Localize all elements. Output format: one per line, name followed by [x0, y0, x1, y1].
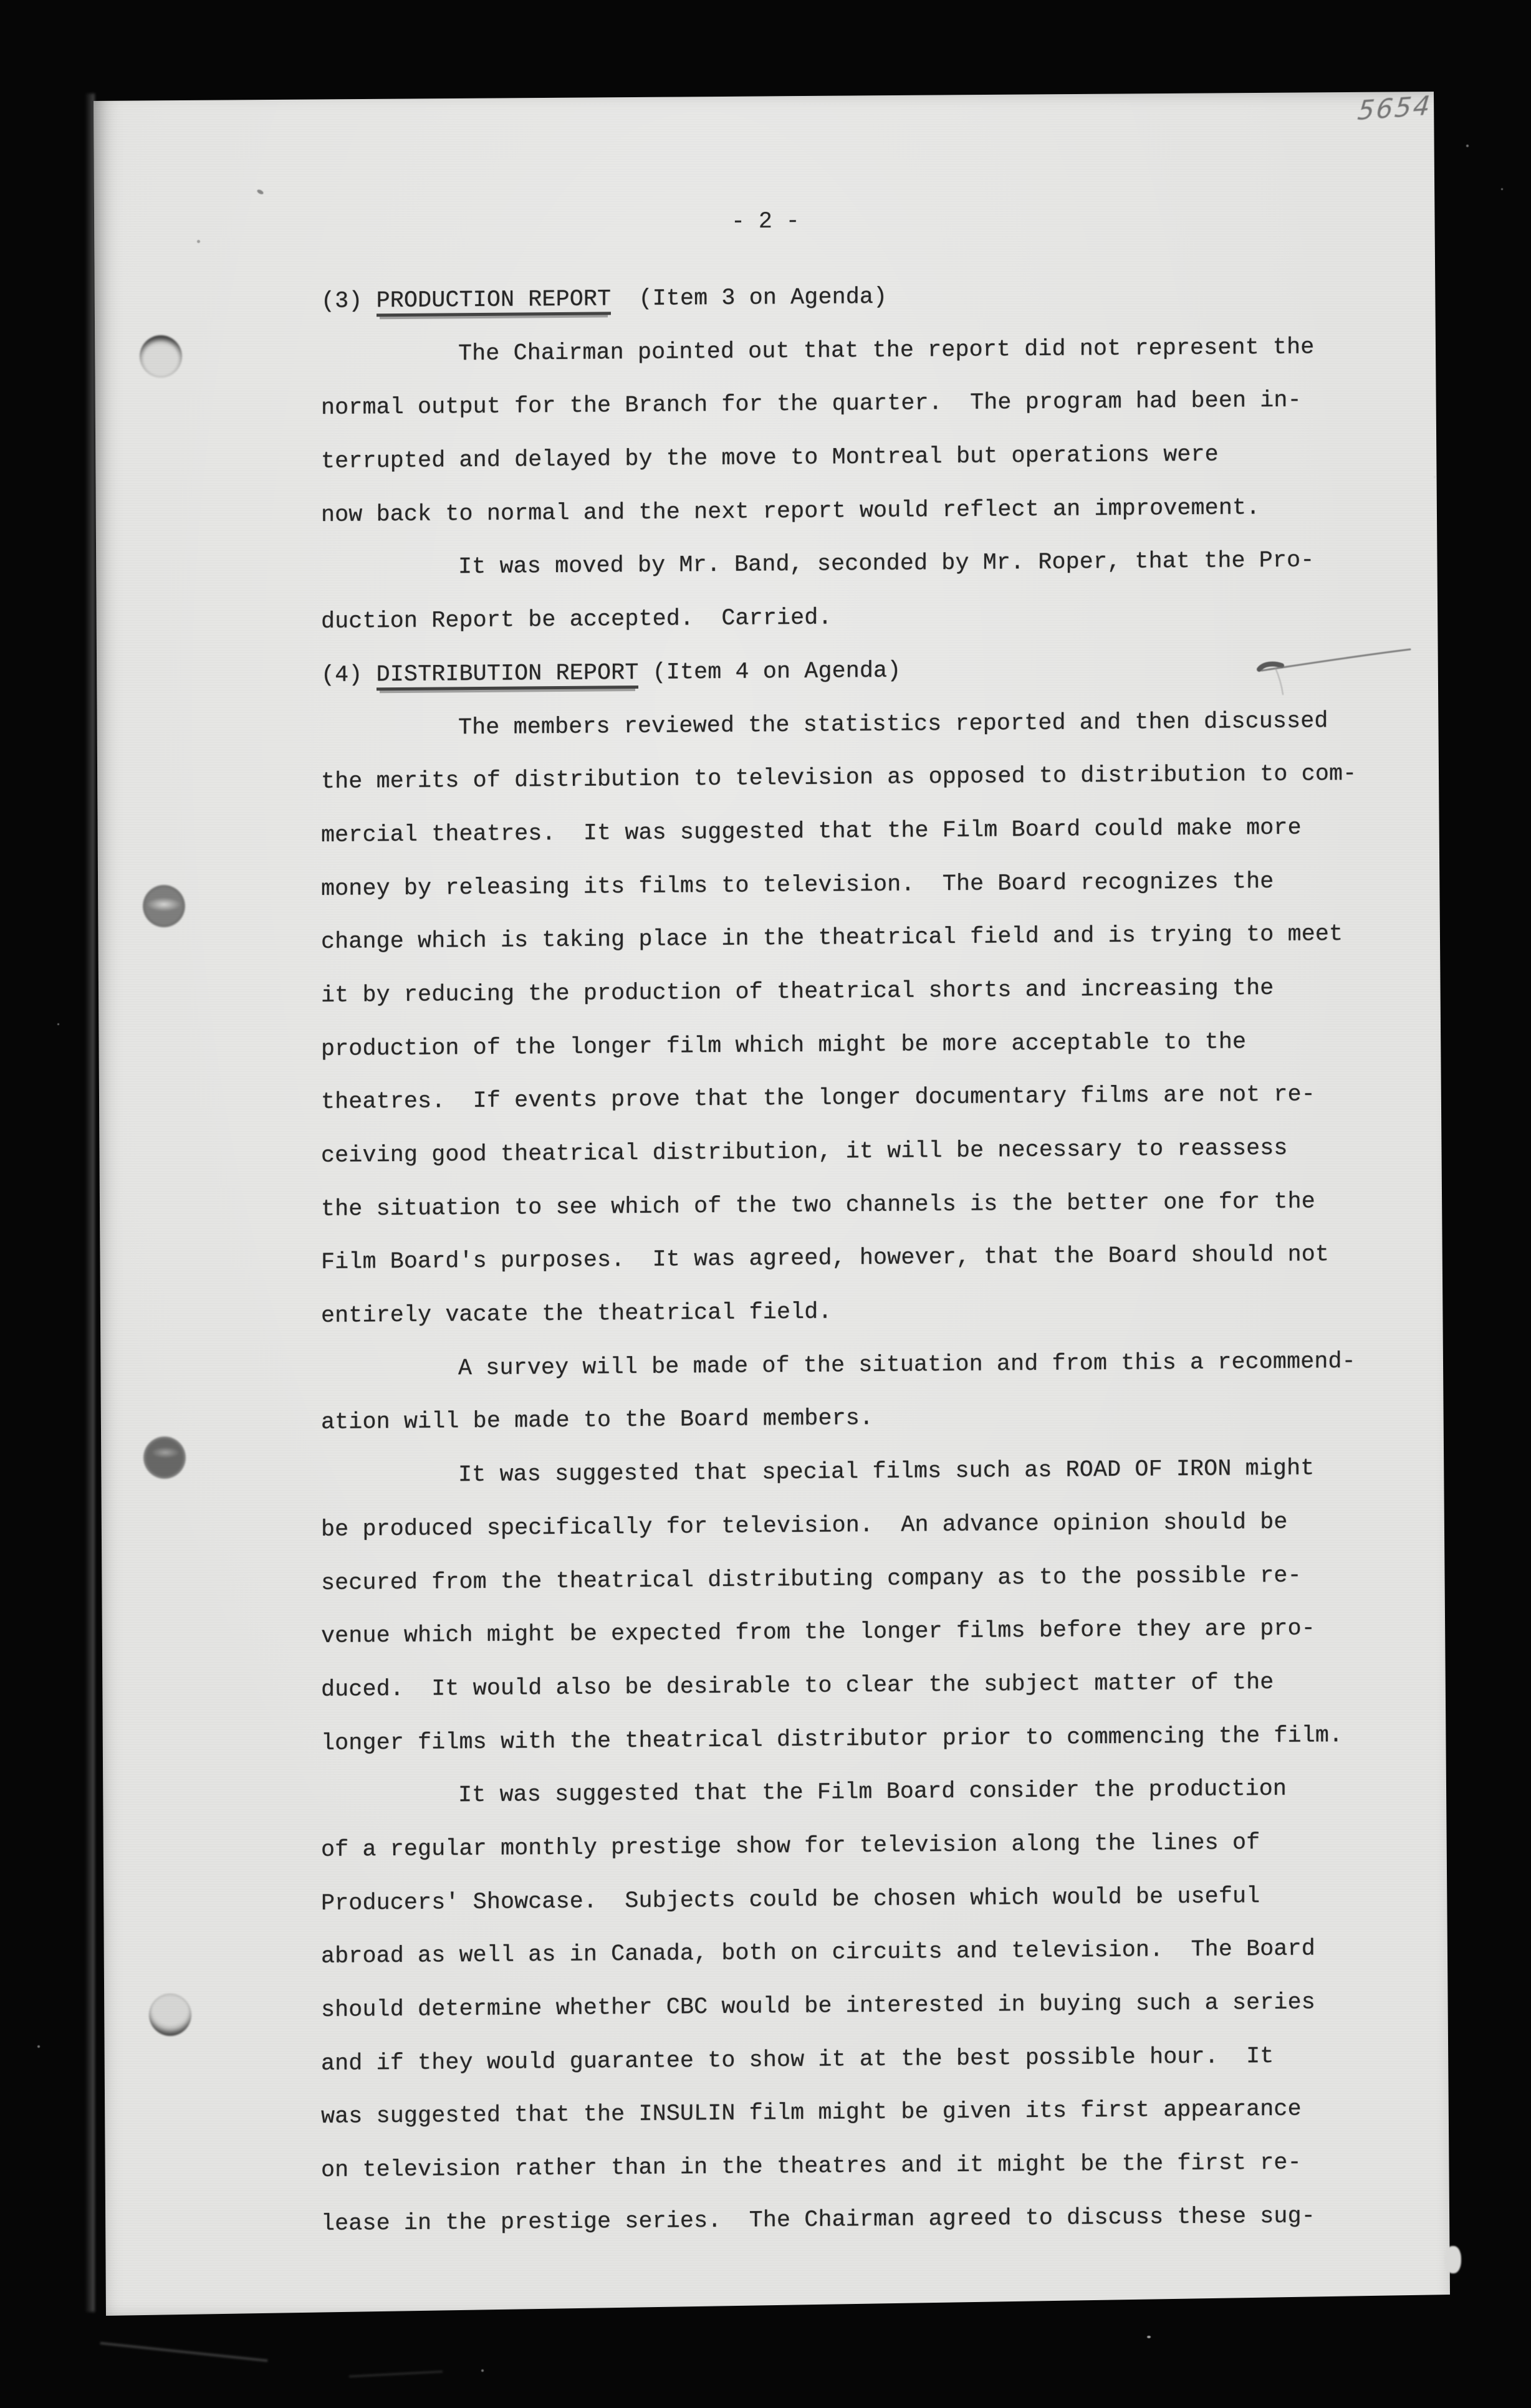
scan-scratch — [349, 2371, 443, 2377]
text-line: longer films with the theatrical distrib… — [321, 1709, 1356, 1770]
scan-dust — [1147, 2336, 1151, 2338]
text-line: ation will be made to the Board members. — [321, 1388, 1356, 1450]
text-line: lease in the prestige series. The Chairm… — [321, 2189, 1356, 2251]
text-line: and if they would guarantee to show it a… — [321, 2029, 1356, 2091]
text-line: abroad as well as in Canada, both on cir… — [321, 1922, 1356, 1984]
text-line: It was moved by Mr. Band, seconded by Mr… — [321, 533, 1356, 595]
section-heading: (4) DISTRIBUTION REPORT (Item 4 on Agend… — [321, 641, 1356, 702]
text-line: normal output for the Branch for the qua… — [321, 373, 1356, 435]
paper-speck — [256, 189, 264, 195]
paper-sheet: 5654 - 2 - (3) PRODUCTION REPORT (Item 3… — [94, 92, 1450, 2316]
handwritten-page-id: 5654 — [1356, 93, 1433, 125]
scan-scratch — [1445, 2246, 1461, 2273]
text-line: The members reviewed the statistics repo… — [321, 694, 1356, 755]
scan-scratch — [100, 2342, 268, 2362]
text-line: A survey will be made of the situation a… — [321, 1335, 1356, 1397]
text-line: change which is taking place in the thea… — [321, 907, 1356, 969]
punch-hole-icon — [143, 1436, 186, 1479]
text-line: The Chairman pointed out that the report… — [321, 320, 1356, 382]
typed-text: (3) PRODUCTION REPORT (Item 3 on Agenda)… — [321, 267, 1356, 2250]
text-line: theatres. If events prove that the longe… — [321, 1068, 1356, 1129]
text-line: be produced specifically for television.… — [321, 1495, 1356, 1557]
text-line: money by releasing its films to televisi… — [321, 854, 1356, 916]
page-number: - 2 - — [731, 209, 800, 235]
text-line: secured from the theatrical distributing… — [321, 1548, 1356, 1610]
punch-hole-icon — [149, 1994, 191, 2036]
pen-flourish-annotation — [1253, 642, 1421, 723]
scanned-document-page: 5654 - 2 - (3) PRODUCTION REPORT (Item 3… — [0, 0, 1531, 2408]
text-line: mercial theatres. It was suggested that … — [321, 801, 1356, 862]
punch-hole-icon — [140, 335, 182, 378]
punch-hole-icon — [143, 885, 185, 927]
text-line: ceiving good theatrical distribution, it… — [321, 1121, 1356, 1183]
text-line: should determine whether CBC would be in… — [321, 1976, 1356, 2037]
paper-left-edge-glow — [85, 93, 95, 2312]
scan-dust — [37, 2045, 40, 2048]
scan-dust — [481, 2369, 484, 2372]
text-line: the merits of distribution to television… — [321, 747, 1356, 809]
text-line: was suggested that the INSULIN film migh… — [321, 2082, 1356, 2144]
text-line: duction Report be accepted. Carried. — [321, 587, 1356, 649]
scan-dust — [1434, 476, 1436, 478]
section-heading: (3) PRODUCTION REPORT (Item 3 on Agenda) — [321, 267, 1356, 328]
text-line: production of the longer film which migh… — [321, 1015, 1356, 1076]
text-line: now back to normal and the next report w… — [321, 480, 1356, 542]
scan-dust — [1466, 145, 1469, 147]
text-line: of a regular monthly prestige show for t… — [321, 1815, 1356, 1877]
text-line: the situation to see which of the two ch… — [321, 1175, 1356, 1236]
scan-dust — [57, 1023, 59, 1025]
text-line: Producers' Showcase. Subjects could be c… — [321, 1869, 1356, 1931]
paper-speck — [197, 240, 200, 243]
text-line: it by reducing the production of theatri… — [321, 961, 1356, 1023]
text-line: Film Board's purposes. It was agreed, ho… — [321, 1228, 1356, 1289]
text-line: duced. It would also be desirable to cle… — [321, 1655, 1356, 1717]
scan-dust — [1501, 188, 1503, 190]
text-line: venue which might be expected from the l… — [321, 1602, 1356, 1663]
text-line: on television rather than in the theatre… — [321, 2136, 1356, 2197]
text-line: entirely vacate the theatrical field. — [321, 1281, 1356, 1343]
text-line: It was suggested that the Film Board con… — [321, 1762, 1356, 1823]
text-line: terrupted and delayed by the move to Mon… — [321, 427, 1356, 489]
text-line: It was suggested that special films such… — [321, 1441, 1356, 1503]
